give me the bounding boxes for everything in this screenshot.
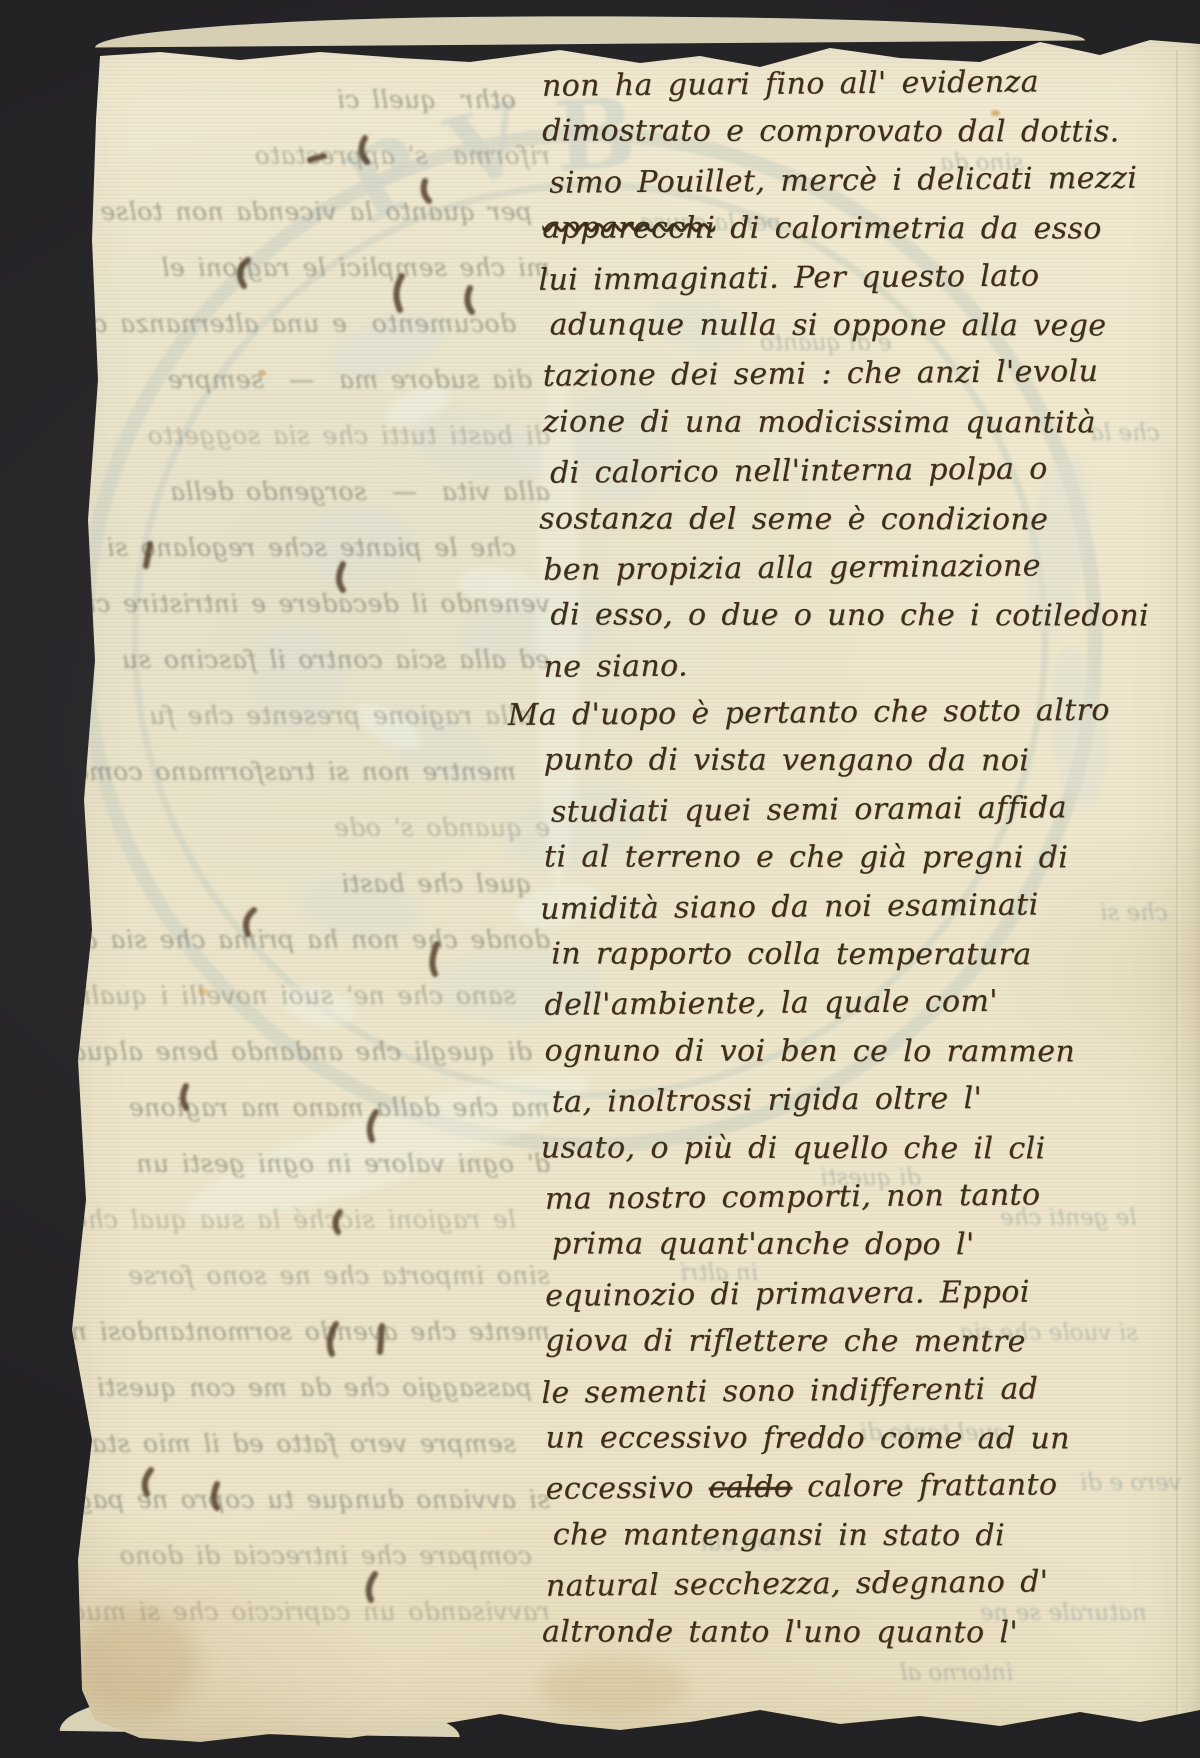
manuscript-line: dell'ambiente, la quale com' <box>544 977 1184 1031</box>
line-text: eccessivo <box>546 1471 709 1507</box>
manuscript-line: ognuno di voi ben ce lo rammen <box>544 1027 1184 1077</box>
manuscript-paragraph: non ha guari fino all' evidenzadimostrat… <box>542 59 1184 690</box>
bleed-line: che le piante sche regolano si <box>98 520 516 576</box>
struck-word: caldo <box>709 1470 793 1506</box>
bleed-line: othr quell ci <box>98 72 516 128</box>
bleed-line: di quegli che andando bene alquanto <box>98 1024 532 1080</box>
line-text: dimostrato e comprovato dal dottis. <box>542 114 1120 150</box>
photograph-background: P V B <box>0 0 1200 1758</box>
manuscript-line: natural secchezza, sdegnano d' <box>546 1557 1186 1611</box>
bleed-line: sempre vero fatto ed il mio stato <box>98 1416 516 1472</box>
manuscript-line: altronde tanto l'uno quanto l' <box>542 1608 1186 1658</box>
manuscript-line: ne siano. <box>543 638 1183 692</box>
bleed-fragment: intorno al <box>900 1660 1013 1686</box>
line-text: di calorico nell'interna polpa o <box>550 452 1048 491</box>
stain <box>538 1656 688 1716</box>
line-text: Ma d'uopo è pertanto che sotto altro <box>507 693 1109 733</box>
bleed-line: passaggio che da me con questi <box>98 1360 532 1416</box>
manuscript-line: che mantengansi in stato di <box>553 1511 1186 1560</box>
bleed-line: e quando s' ode <box>98 800 550 856</box>
line-text: non ha guari fino all' evidenza <box>542 64 1039 103</box>
bleed-line: quel che basti <box>98 856 532 912</box>
line-text: punto di vista vengano da noi <box>544 743 1030 779</box>
manuscript-page: P V B <box>58 26 1200 1746</box>
struck-word: apparecchi <box>542 211 715 246</box>
line-text: umidità siano da noi esaminati <box>540 887 1039 926</box>
line-text: simo Pouillet, mercè i delicati mezzi <box>549 160 1137 200</box>
line-text: usato, o più di quello che il cli <box>541 1130 1046 1166</box>
bleed-line: ed alla scia contro il fascino su <box>98 632 550 688</box>
bleed-line: donde che non ha prima che sia ai <box>98 912 550 968</box>
stain <box>78 1606 198 1716</box>
line-text: ta, inoltrossi rigida oltre l' <box>551 1081 982 1120</box>
manuscript-line: un eccessivo freddo come ad un <box>545 1414 1185 1464</box>
line-text: prima quant'anche dopo l' <box>552 1227 975 1263</box>
manuscript-line: adunque nulla si oppone alla vege <box>550 301 1183 350</box>
line-text: natural secchezza, sdegnano d' <box>546 1565 1049 1604</box>
manuscript-text-column: non ha guari fino all' evidenzadimostrat… <box>542 59 1186 1658</box>
line-text: altronde tanto l'uno quanto l' <box>542 1614 1018 1650</box>
manuscript-line: simo Pouillet, mercè i delicati mezzi <box>549 154 1182 208</box>
manuscript-line: in rapporto colla temperatura <box>551 930 1184 979</box>
line-text: sostanza del seme è condizione <box>539 501 1048 537</box>
under-page-edge-top <box>95 13 1085 48</box>
line-text: ne siano. <box>543 648 688 684</box>
line-text: calore frattanto <box>792 1468 1057 1505</box>
bleed-line: di basti tutti che sia soggetto <box>98 408 550 464</box>
manuscript-line: sostanza del seme è condizione <box>539 495 1183 545</box>
bleed-line: sano che ne' suoi novelli i quali <box>98 968 516 1024</box>
bleed-line: compare che intreccia di dono <box>98 1528 532 1584</box>
manuscript-paragraph: Ma d'uopo è pertanto che sotto altropunt… <box>544 688 1187 1657</box>
manuscript-line: eccessivo caldo calore frattanto <box>545 1461 1185 1515</box>
manuscript-line: le sementi sono indifferenti ad <box>541 1364 1185 1418</box>
bleed-line: dia sudore ma — sempre <box>98 352 532 408</box>
line-text: lui immaginati. Per questo lato <box>538 258 1039 297</box>
manuscript-line: ben propizia alla germinazione <box>543 541 1183 595</box>
manuscript-line: giova di riflettere che mentre <box>545 1318 1185 1368</box>
manuscript-line: punto di vista vengano da noi <box>544 737 1184 787</box>
manuscript-line: equinozio di primavera. Eppoi <box>545 1267 1185 1321</box>
bleed-line: d' ogni valore in ogni gesti un <box>98 1136 550 1192</box>
line-text: le sementi sono indifferenti ad <box>541 1371 1038 1410</box>
line-text: di esso, o due o uno che i cotiledoni <box>550 598 1149 634</box>
manuscript-line: di calorico nell'interna polpa o <box>550 444 1183 498</box>
manuscript-line: ma nostro comporti, non tanto <box>545 1170 1185 1224</box>
line-text: ben propizia alla germinazione <box>543 548 1041 587</box>
line-text: di calorimetria da esso <box>715 211 1102 247</box>
verso-bleedthrough-left-column: othr quell ciriforma s' apprestatoper qu… <box>98 72 550 1640</box>
line-text: dell'ambiente, la quale com' <box>544 984 998 1023</box>
page-crease <box>1176 50 1180 1716</box>
foxing-spot <box>258 370 266 376</box>
manuscript-line: ta, inoltrossi rigida oltre l' <box>551 1073 1184 1127</box>
bleed-line: mente che avendo sormontandosi non <box>98 1304 550 1360</box>
bleed-line: le ragioni sicché la sua qual che <box>98 1192 516 1248</box>
manuscript-line: tazione dei semi : che anzi l'evolu <box>543 348 1183 402</box>
bleed-line: alla vita — sorgendo della <box>98 464 550 520</box>
bleed-line: si avviano dunque tu copro ne pagano <box>98 1472 550 1528</box>
manuscript-line: dimostrato e comprovato dal dottis. <box>542 108 1182 158</box>
manuscript-line: zione di una modicissima quantità <box>543 398 1183 448</box>
foxing-spot <box>198 988 208 995</box>
manuscript-line: prima quant'anche dopo l' <box>552 1221 1185 1270</box>
line-text: tazione dei semi : che anzi l'evolu <box>543 354 1099 394</box>
bleed-line: documento e una alternanza che <box>98 296 516 352</box>
manuscript-line: lui immaginati. Per questo lato <box>538 251 1182 305</box>
line-text: ma nostro comporti, non tanto <box>545 1177 1041 1216</box>
bleed-line: ma che dalla mano ma ragione <box>98 1080 550 1136</box>
bleed-line: alla ragione presente che fu <box>98 688 532 744</box>
bleed-line: mentre non si trasformano come <box>98 744 516 800</box>
line-text: ognuno di voi ben ce lo rammen <box>544 1033 1075 1069</box>
line-text: ti al terreno e che già pregni di <box>544 840 1068 876</box>
manuscript-line: apparecchi di calorimetria da esso <box>542 205 1182 255</box>
line-text: giova di riflettere che mentre <box>545 1324 1026 1360</box>
bleed-line: mi che semplici le ragioni el <box>98 240 550 296</box>
line-text: un eccessivo freddo come ad un <box>545 1420 1069 1456</box>
bleed-line: riforma s' apprestato <box>98 128 550 184</box>
manuscript-line: studiati quei semi oramai affida <box>551 783 1184 837</box>
bleed-line: per quanto la vicenda non tolse <box>98 184 532 240</box>
line-text: che mantengansi in stato di <box>553 1517 1005 1553</box>
manuscript-line: Ma d'uopo è pertanto che sotto altro <box>507 686 1183 740</box>
manuscript-line: ti al terreno e che già pregni di <box>544 834 1184 884</box>
manuscript-line: non ha guari fino all' evidenza <box>542 57 1182 111</box>
line-text: adunque nulla si oppone alla vege <box>550 307 1107 343</box>
bleed-line: venendo il decadere e intristire ci <box>98 576 550 632</box>
line-text: in rapporto colla temperatura <box>551 936 1031 972</box>
line-text: studiati quei semi oramai affida <box>551 790 1067 830</box>
foxing-spot <box>991 110 1000 116</box>
line-text: zione di una modicissima quantità <box>543 404 1096 440</box>
line-text: equinozio di primavera. Eppoi <box>545 1274 1030 1313</box>
manuscript-line: usato, o più di quello che il cli <box>541 1124 1185 1174</box>
manuscript-line: umidità siano da noi esaminati <box>540 880 1184 934</box>
bleed-line: sino importa che ne sono forse <box>98 1248 550 1304</box>
manuscript-line: di esso, o due o uno che i cotiledoni <box>550 592 1183 641</box>
